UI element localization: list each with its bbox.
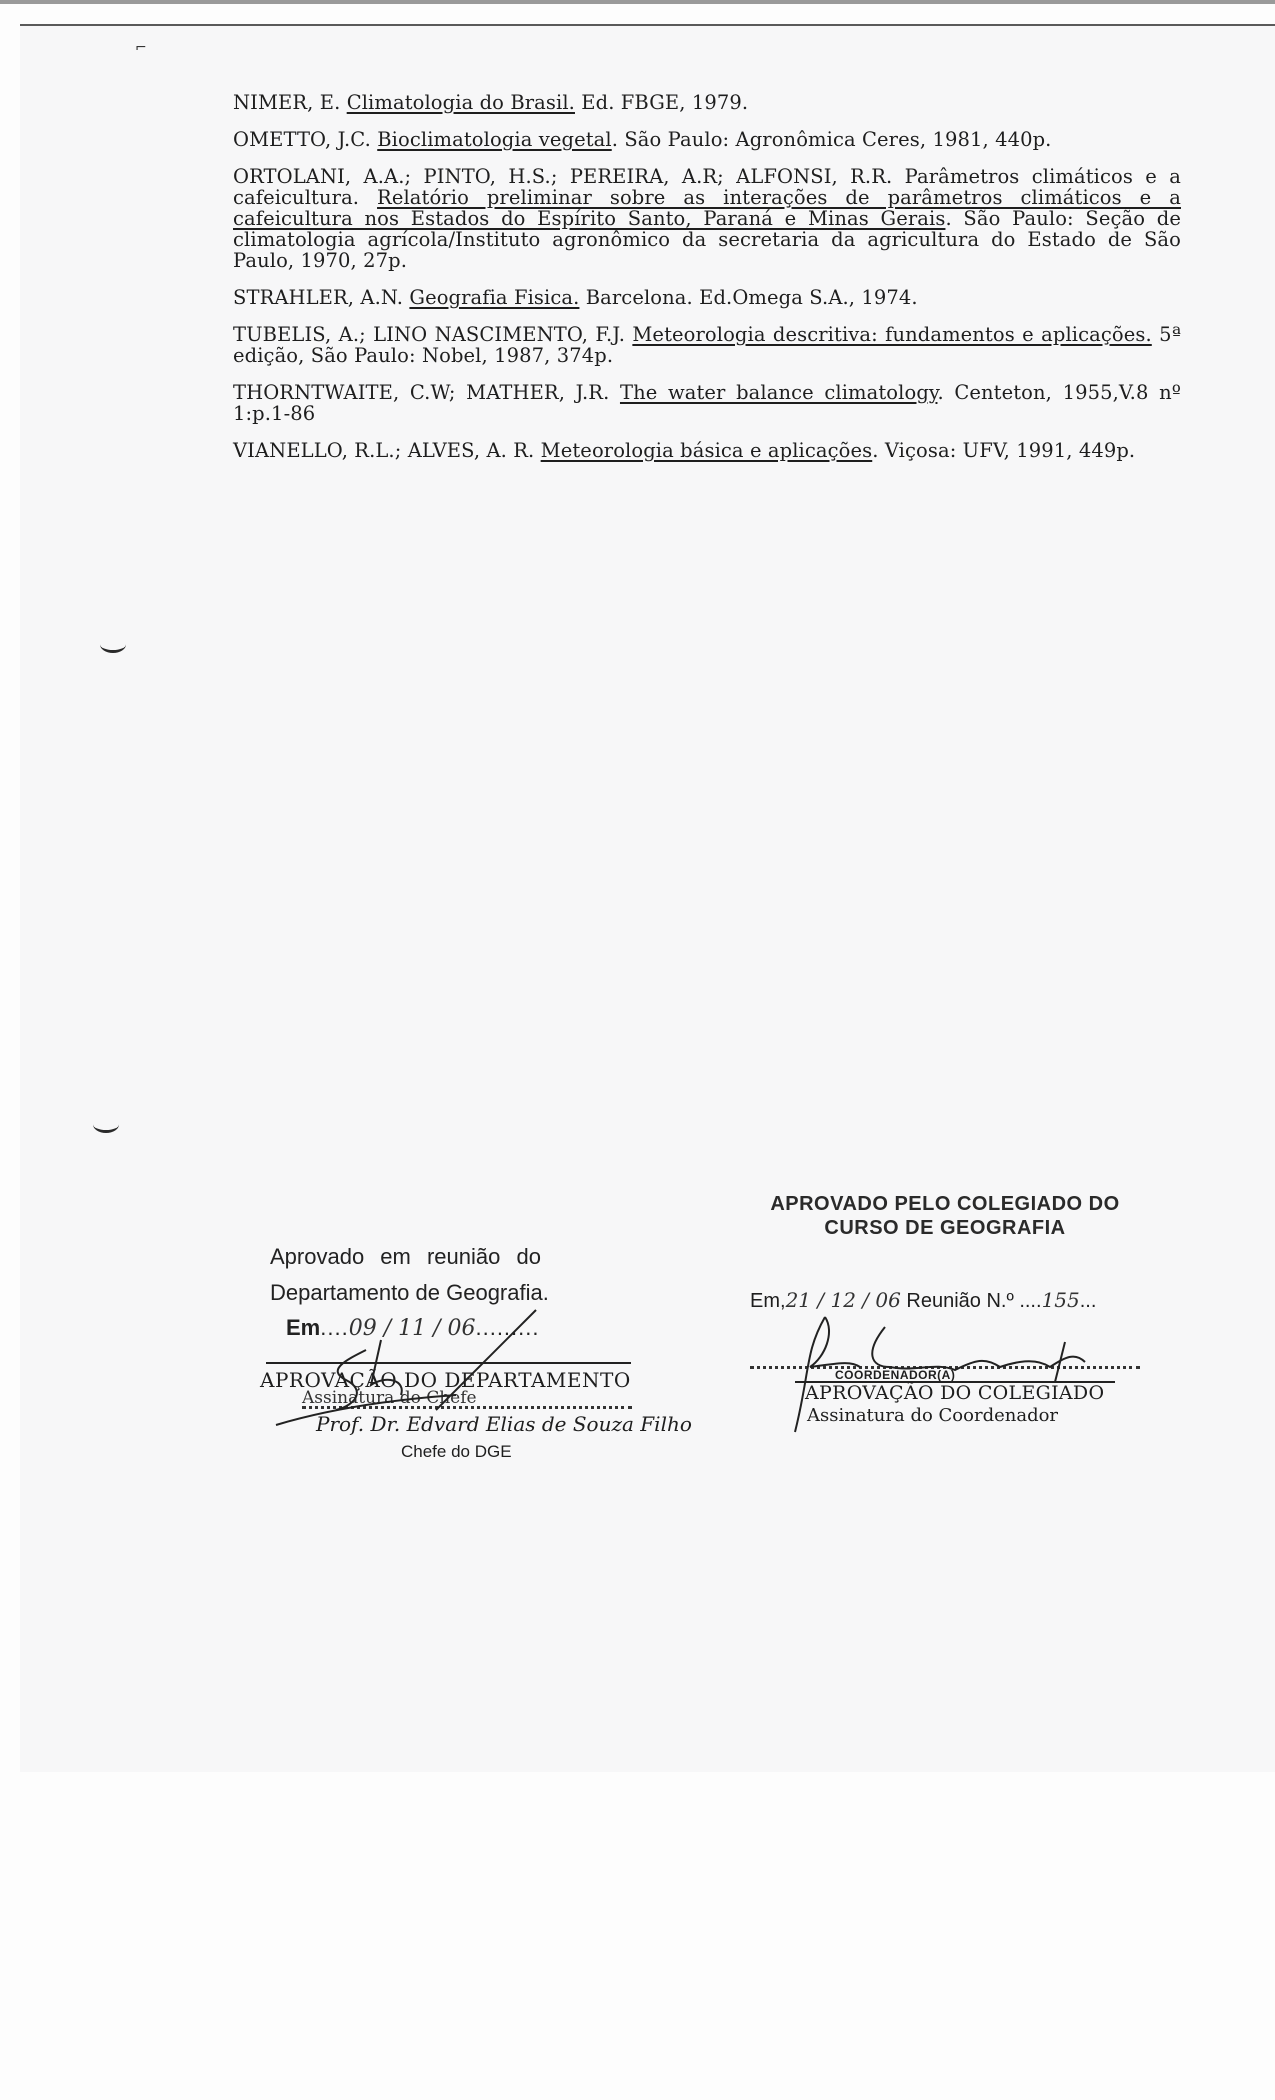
stray-mark: ⌐ (135, 40, 147, 56)
signatory-name: Prof. Dr. Edvard Elias de Souza Filho (316, 1412, 692, 1436)
reference-item: STRAHLER, A.N. Geografia Fisica. Barcelo… (233, 287, 1181, 308)
reference-item: OMETTO, J.C. Bioclimatologia vegetal. Sã… (233, 129, 1181, 150)
signature-line (266, 1362, 631, 1364)
signature-label: Assinatura do Coordenador (807, 1405, 1058, 1426)
stamp-heading: APROVADO PELO COLEGIADO DO (745, 1192, 1145, 1216)
meeting-date: Em,21 / 12 / 06 Reunião N.º ....155... (750, 1288, 1096, 1313)
reference-list: NIMER, E. Climatologia do Brasil. Ed. FB… (233, 92, 1181, 477)
signatory-role: Chefe do DGE (401, 1442, 512, 1462)
approval-date: Em....09 / 11 / 06......... (286, 1315, 540, 1341)
signature-label: Assinatura do Chefe (302, 1388, 477, 1408)
reference-item: VIANELLO, R.L.; ALVES, A. R. Meteorologi… (233, 440, 1181, 461)
coordinator-label: COORDENADOR(A) (835, 1368, 955, 1382)
handwritten-date: 21 / 12 / 06 (786, 1288, 901, 1312)
handwritten-date: 09 / 11 / 06 (349, 1316, 476, 1341)
reference-item: ORTOLANI, A.A.; PINTO, H.S.; PEREIRA, A.… (233, 166, 1181, 271)
stamp-text: Departamento de Geografia. (270, 1280, 549, 1306)
approval-title: APROVAÇÃO DO COLEGIADO (805, 1382, 1104, 1404)
reference-item: TUBELIS, A.; LINO NASCIMENTO, F.J. Meteo… (233, 324, 1181, 366)
reference-item: NIMER, E. Climatologia do Brasil. Ed. FB… (233, 92, 1181, 113)
stamp-text: Aprovado em reunião do (270, 1244, 541, 1270)
handwritten-meeting-number: 155 (1042, 1288, 1080, 1312)
stamp-heading: CURSO DE GEOGRAFIA (745, 1216, 1145, 1240)
reference-item: THORNTWAITE, C.W; MATHER, J.R. The water… (233, 382, 1181, 424)
dotted-line (302, 1406, 632, 1409)
hole-punch-mark (100, 636, 126, 653)
hole-punch-mark (93, 1116, 119, 1133)
scan-edge (0, 0, 1275, 4)
colegiado-approval-stamp: APROVADO PELO COLEGIADO DO CURSO DE GEOG… (745, 1192, 1155, 1240)
